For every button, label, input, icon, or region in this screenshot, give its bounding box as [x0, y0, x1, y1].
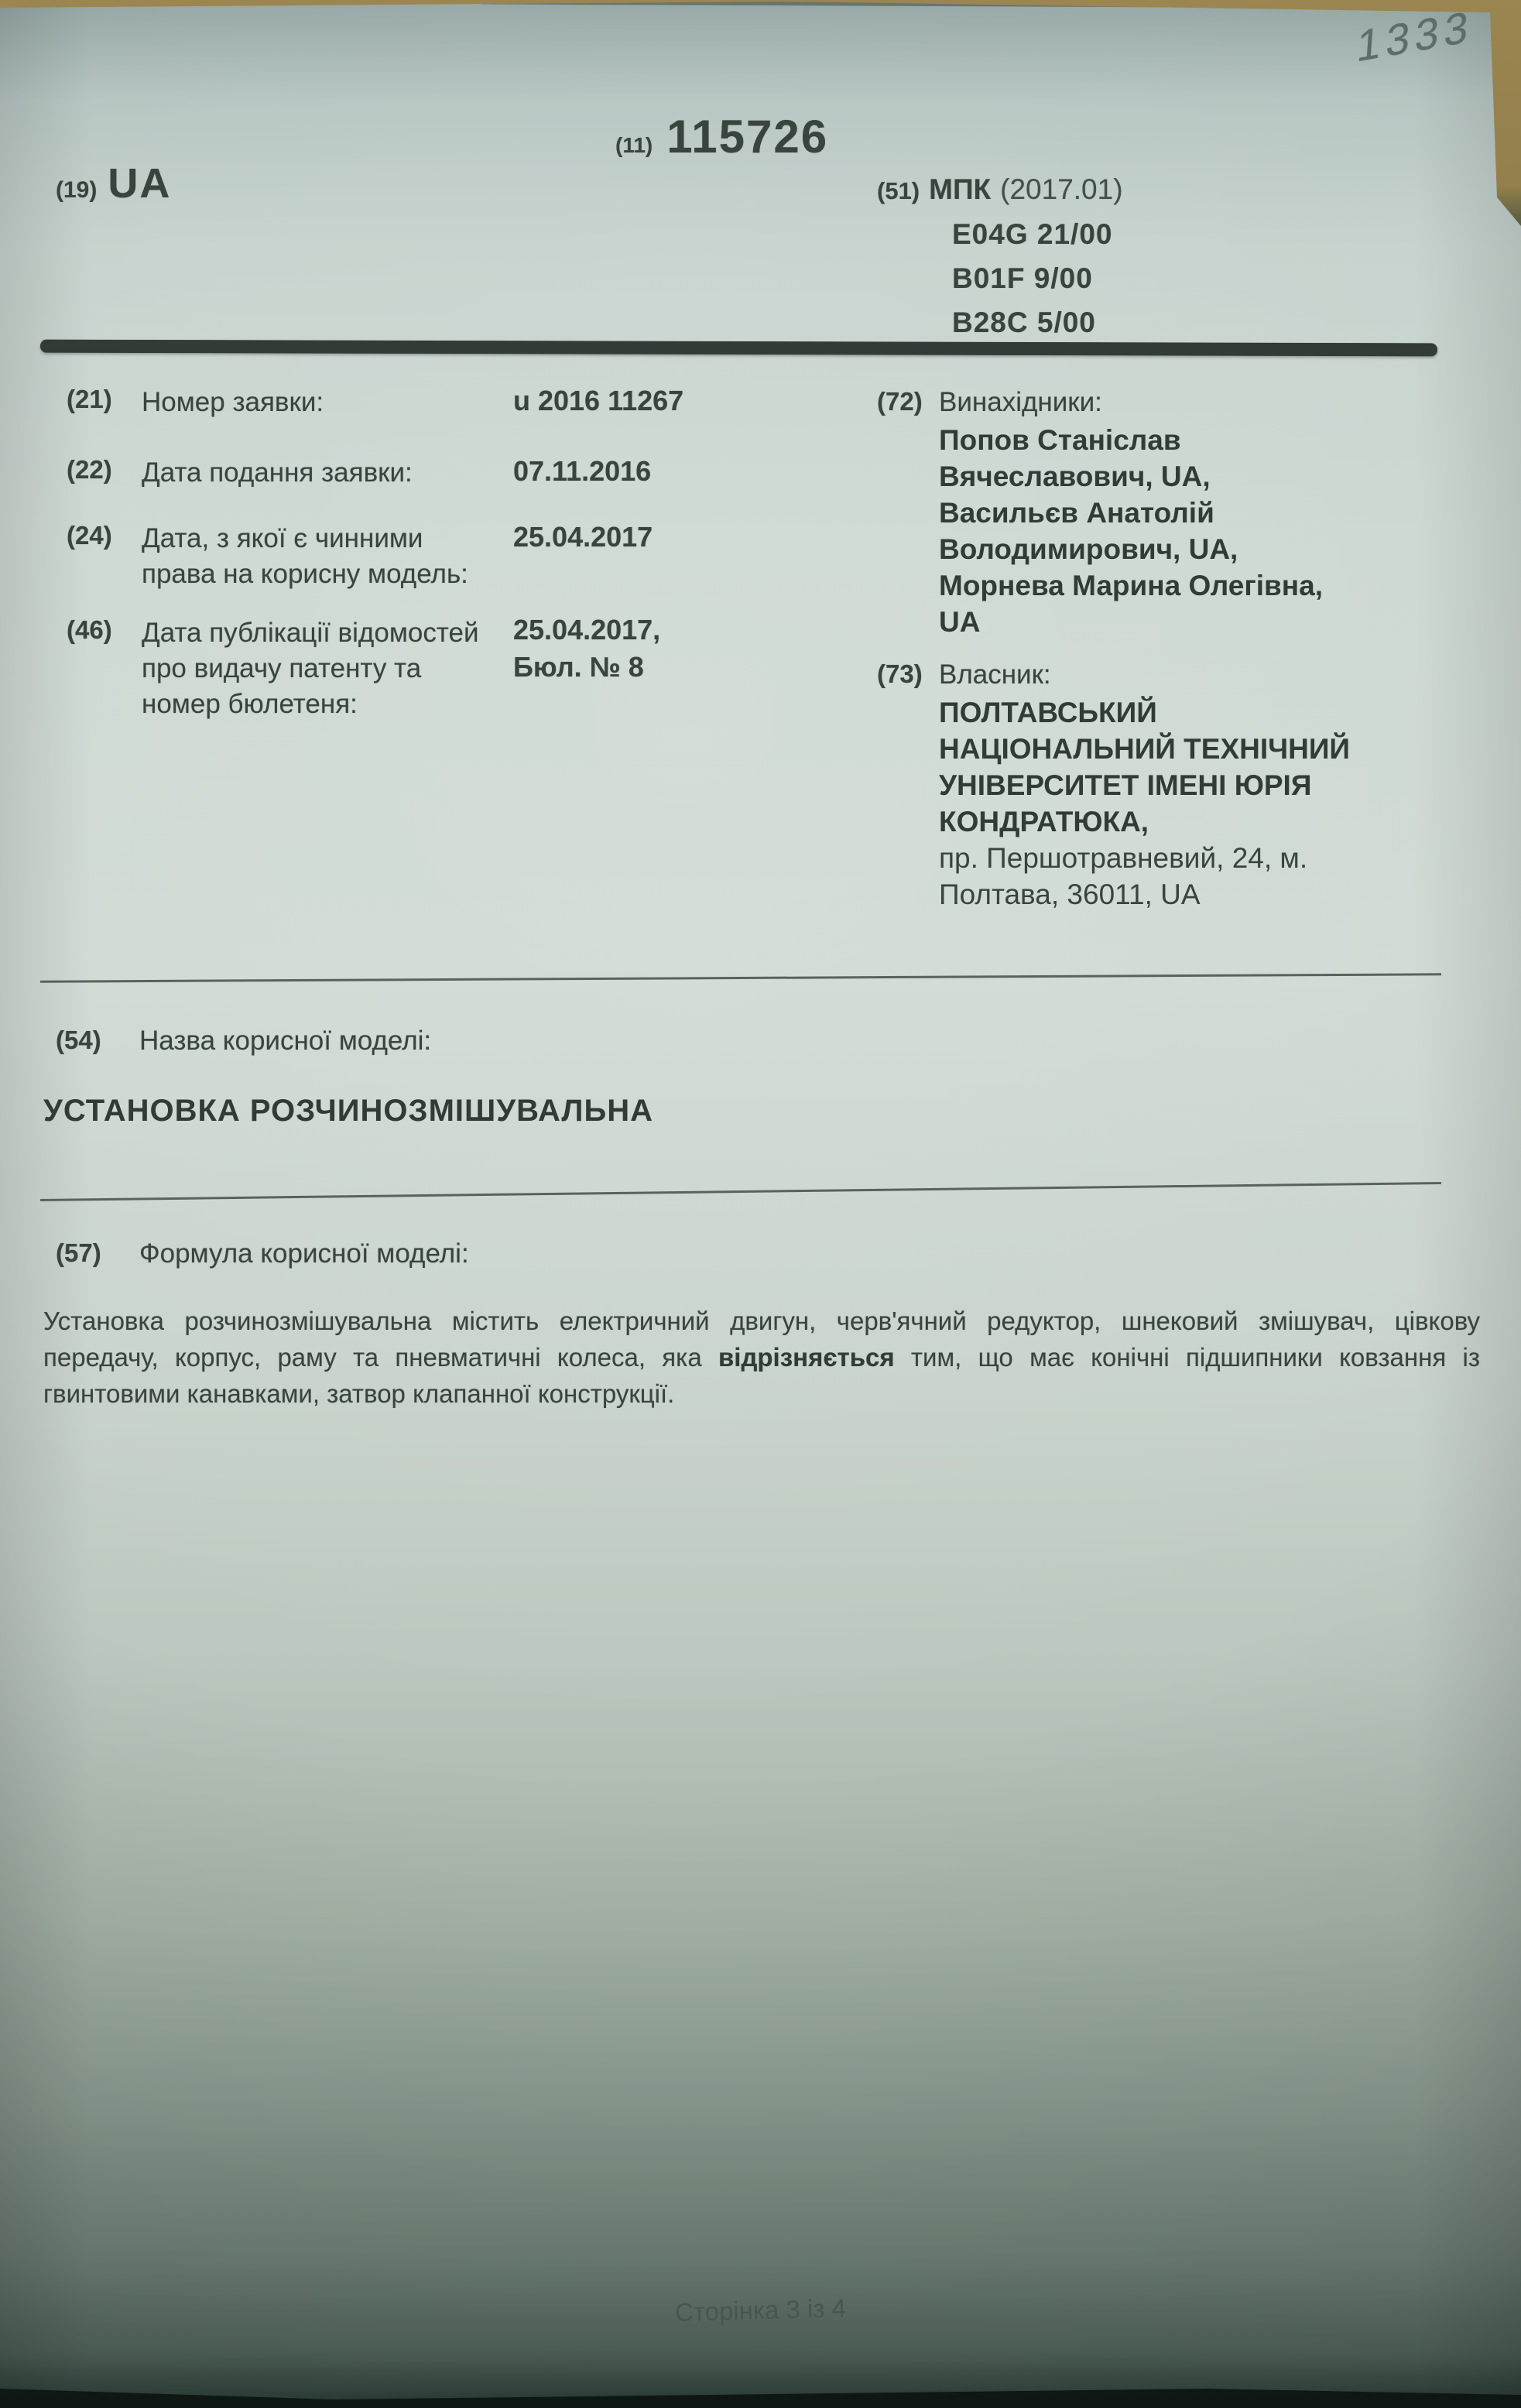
field-value-effective-date: 25.04.2017 — [513, 519, 653, 556]
owner-name: ПОЛТАВСЬКИЙ НАЦІОНАЛЬНИЙ ТЕХНІЧНИЙ УНІВЕ… — [939, 694, 1350, 840]
owner-name-line: КОНДРАТЮКА, — [939, 803, 1350, 840]
utility-model-title: УСТАНОВКА РОЗЧИНОЗМІШУВАЛЬНА — [43, 1094, 653, 1129]
claim-emphasis: відрізняється — [718, 1343, 895, 1372]
field-value-application-number: u 2016 11267 — [513, 382, 683, 420]
ipc-edition: (2017.01) — [1000, 173, 1122, 206]
owner-name-line: ПОЛТАВСЬКИЙ — [939, 694, 1350, 731]
page-top-edge — [480, 0, 1386, 8]
section-divider — [40, 973, 1441, 982]
inventor-line: Морнева Марина Олегівна, — [939, 567, 1323, 604]
owner-address-line: Полтава, 36011, UA — [939, 876, 1307, 913]
ipc-codes: E04G 21/00 B01F 9/00 B28C 5/00 — [952, 212, 1123, 344]
document-number: (11) 115726 — [615, 110, 828, 163]
inid-19: (19) — [56, 177, 97, 204]
field-label-publication-date: Дата публікації відомостей про видачу па… — [142, 615, 479, 722]
ipc-block: (51) МПК (2017.01) E04G 21/00 B01F 9/00 … — [877, 173, 1123, 344]
ipc-code: E04G 21/00 — [952, 212, 1123, 256]
country-block: (19) UA — [56, 159, 171, 207]
handwritten-number: 1333 — [1355, 0, 1475, 72]
country-code: UA — [108, 159, 171, 207]
patent-number: 115726 — [666, 110, 828, 163]
header-divider-bar — [40, 340, 1437, 357]
field-label-application-number: Номер заявки: — [142, 385, 324, 420]
inventors-label: Винахідники: — [939, 387, 1102, 418]
inid-21: (21) — [67, 385, 112, 414]
inid-57: (57) — [56, 1238, 101, 1268]
ipc-code: B28C 5/00 — [952, 300, 1123, 344]
inid-46: (46) — [67, 615, 112, 645]
title-section-label: Назва корисної моделі: — [139, 1026, 431, 1057]
inid-72: (72) — [877, 387, 923, 416]
page-number-footer: Сторінка 3 із 4 — [0, 2276, 1521, 2345]
photo-canvas: 1333 (11) 115726 (19) UA (51) МПК (2017.… — [0, 0, 1521, 2408]
ipc-label: МПК — [929, 173, 991, 206]
claims-section-label: Формула корисної моделі: — [139, 1238, 469, 1269]
patent-page: 1333 (11) 115726 (19) UA (51) МПК (2017.… — [0, 0, 1521, 2401]
ipc-header: (51) МПК (2017.01) — [877, 173, 1123, 206]
owner-name-line: НАЦІОНАЛЬНИЙ ТЕХНІЧНИЙ — [939, 731, 1350, 767]
inventor-line: Вячеславович, UA, — [939, 458, 1323, 495]
inid-51: (51) — [877, 177, 920, 205]
field-value-publication-date: 25.04.2017, Бюл. № 8 — [513, 611, 660, 686]
inventor-line: Володимирович, UA, — [939, 531, 1323, 567]
owner-label: Власник: — [939, 659, 1051, 690]
inventor-line: Попов Станіслав — [939, 422, 1323, 458]
inventor-line: Васильєв Анатолій — [939, 495, 1323, 531]
field-label-effective-date: Дата, з якої є чинними права на корисну … — [142, 521, 468, 592]
inid-54: (54) — [56, 1026, 101, 1055]
inventors-list: Попов Станіслав Вячеславович, UA, Василь… — [939, 422, 1323, 640]
inid-22: (22) — [67, 455, 112, 485]
field-label-filing-date: Дата подання заявки: — [142, 455, 413, 491]
ipc-code: B01F 9/00 — [952, 256, 1123, 300]
inid-73: (73) — [877, 659, 923, 689]
owner-address-line: пр. Першотравневий, 24, м. — [939, 840, 1307, 876]
owner-address: пр. Першотравневий, 24, м. Полтава, 3601… — [939, 840, 1307, 913]
owner-name-line: УНІВЕРСИТЕТ ІМЕНІ ЮРІЯ — [939, 767, 1350, 803]
section-divider — [40, 1182, 1441, 1201]
inid-24: (24) — [67, 521, 112, 550]
inventor-line: UA — [939, 604, 1323, 640]
field-value-filing-date: 07.11.2016 — [513, 453, 651, 490]
inid-11: (11) — [615, 133, 653, 158]
claim-paragraph: Установка розчинозмішувальна містить еле… — [43, 1303, 1480, 1412]
